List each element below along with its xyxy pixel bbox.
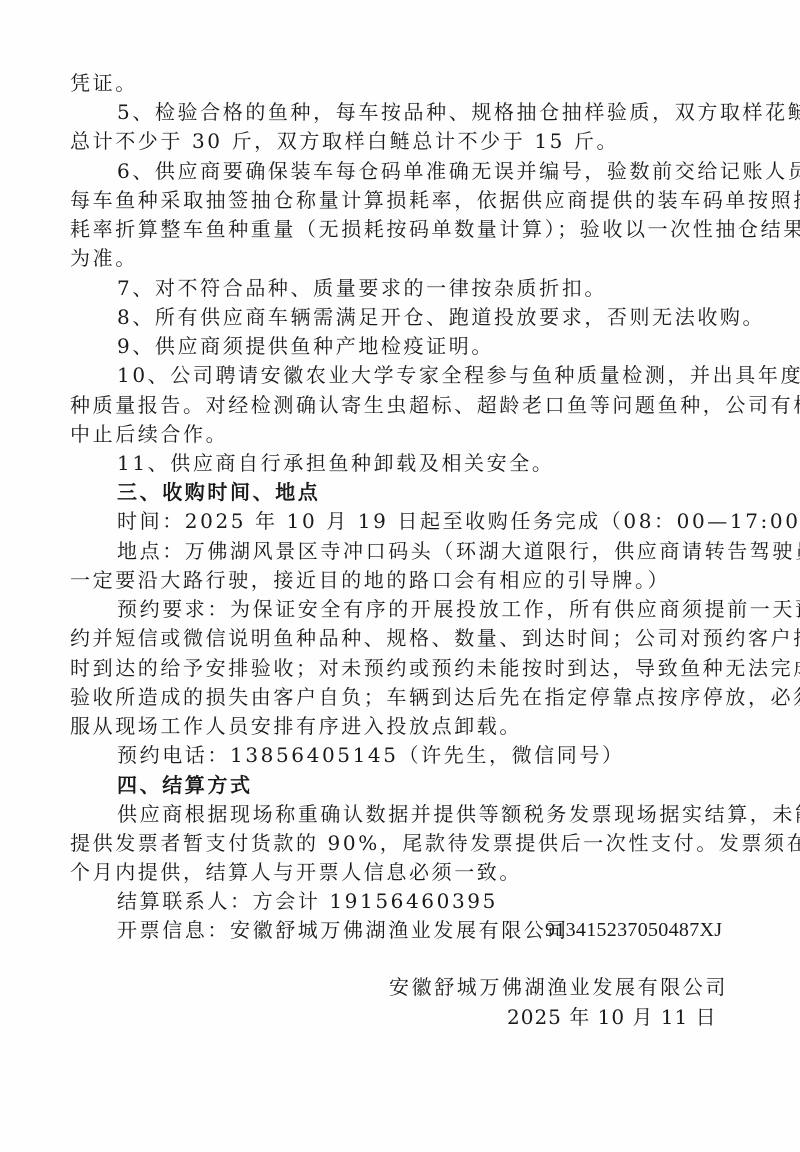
settlement-contact-line: 结算联系人：方会计 19156460395 (117, 887, 730, 916)
item-10-line: 10、公司聘请安徽农业大学专家全程参与鱼种质量检测，并出具年度鱼 (117, 361, 730, 390)
item-5-line: 总计不少于 30 斤，双方取样白鲢总计不少于 15 斤。 (70, 127, 730, 156)
item-8-line: 8、所有供应商车辆需满足开仓、跑道投放要求，否则无法收购。 (117, 303, 730, 332)
settlement-line: 供应商根据现场称重确认数据并提供等额税务发票现场据实结算，未能 (117, 800, 730, 829)
item-6-line: 6、供应商要确保装车每仓码单准确无误并编号，验数前交给记账人员， (117, 157, 730, 186)
reservation-requirement-line: 预约要求：为保证安全有序的开展投放工作，所有供应商须提前一天预 (117, 595, 730, 624)
tax-id: 913415237050487XJ (545, 916, 722, 945)
paragraph-line: 凭证。 (70, 69, 730, 98)
signature-date: 2025 年 10 月 11 日 (507, 1003, 717, 1032)
item-10-line: 种质量报告。对经检测确认寄生虫超标、超龄老口鱼等问题鱼种，公司有权 (70, 391, 730, 420)
settlement-line: 提供发票者暂支付货款的 90%，尾款待发票提供后一次性支付。发票须在一 (70, 829, 730, 858)
section-4-heading: 四、结算方式 (117, 771, 730, 800)
document-page: 凭证。 5、检验合格的鱼种，每车按品种、规格抽仓抽样验质，双方取样花鲢 总计不少… (0, 0, 800, 1152)
item-5-line: 5、检验合格的鱼种，每车按品种、规格抽仓抽样验质，双方取样花鲢 (117, 98, 730, 127)
reservation-requirement-line: 服从现场工作人员安排有序进入投放点卸载。 (70, 712, 730, 741)
reservation-requirement-line: 验收所造成的损失由客户自负；车辆到达后先在指定停靠点按序停放，必须 (70, 683, 730, 712)
item-11-line: 11、供应商自行承担鱼种卸载及相关安全。 (117, 449, 730, 478)
purchase-time-line: 时间：2025 年 10 月 19 日起至收购任务完成（08：00—17:00） (117, 507, 730, 536)
settlement-line: 个月内提供，结算人与开票人信息必须一致。 (70, 858, 730, 887)
reservation-requirement-line: 时到达的给予安排验收；对未预约或预约未能按时到达，导致鱼种无法完成 (70, 654, 730, 683)
item-9-line: 9、供应商须提供鱼种产地检疫证明。 (117, 332, 730, 361)
signature-company: 安徽舒城万佛湖渔业发展有限公司 (389, 973, 728, 1002)
item-6-line: 耗率折算整车鱼种重量（无损耗按码单数量计算）；验收以一次性抽仓结果 (70, 215, 730, 244)
purchase-location-line: 地点：万佛湖风景区寺冲口码头（环湖大道限行，供应商请转告驾驶员 (117, 537, 730, 566)
reservation-phone-line: 预约电话：13856405145（许先生，微信同号） (117, 741, 730, 770)
item-7-line: 7、对不符合品种、质量要求的一律按杂质折扣。 (117, 274, 730, 303)
section-3-heading: 三、收购时间、地点 (117, 478, 730, 507)
item-6-line: 为准。 (70, 244, 730, 273)
item-10-line: 中止后续合作。 (70, 420, 730, 449)
reservation-requirement-line: 约并短信或微信说明鱼种品种、规格、数量、到达时间；公司对预约客户按 (70, 624, 730, 653)
item-6-line: 每车鱼种采取抽签抽仓称量计算损耗率，依据供应商提供的装车码单按照损 (70, 186, 730, 215)
purchase-location-line: 一定要沿大路行驶，接近目的地的路口会有相应的引导牌。） (70, 566, 730, 595)
